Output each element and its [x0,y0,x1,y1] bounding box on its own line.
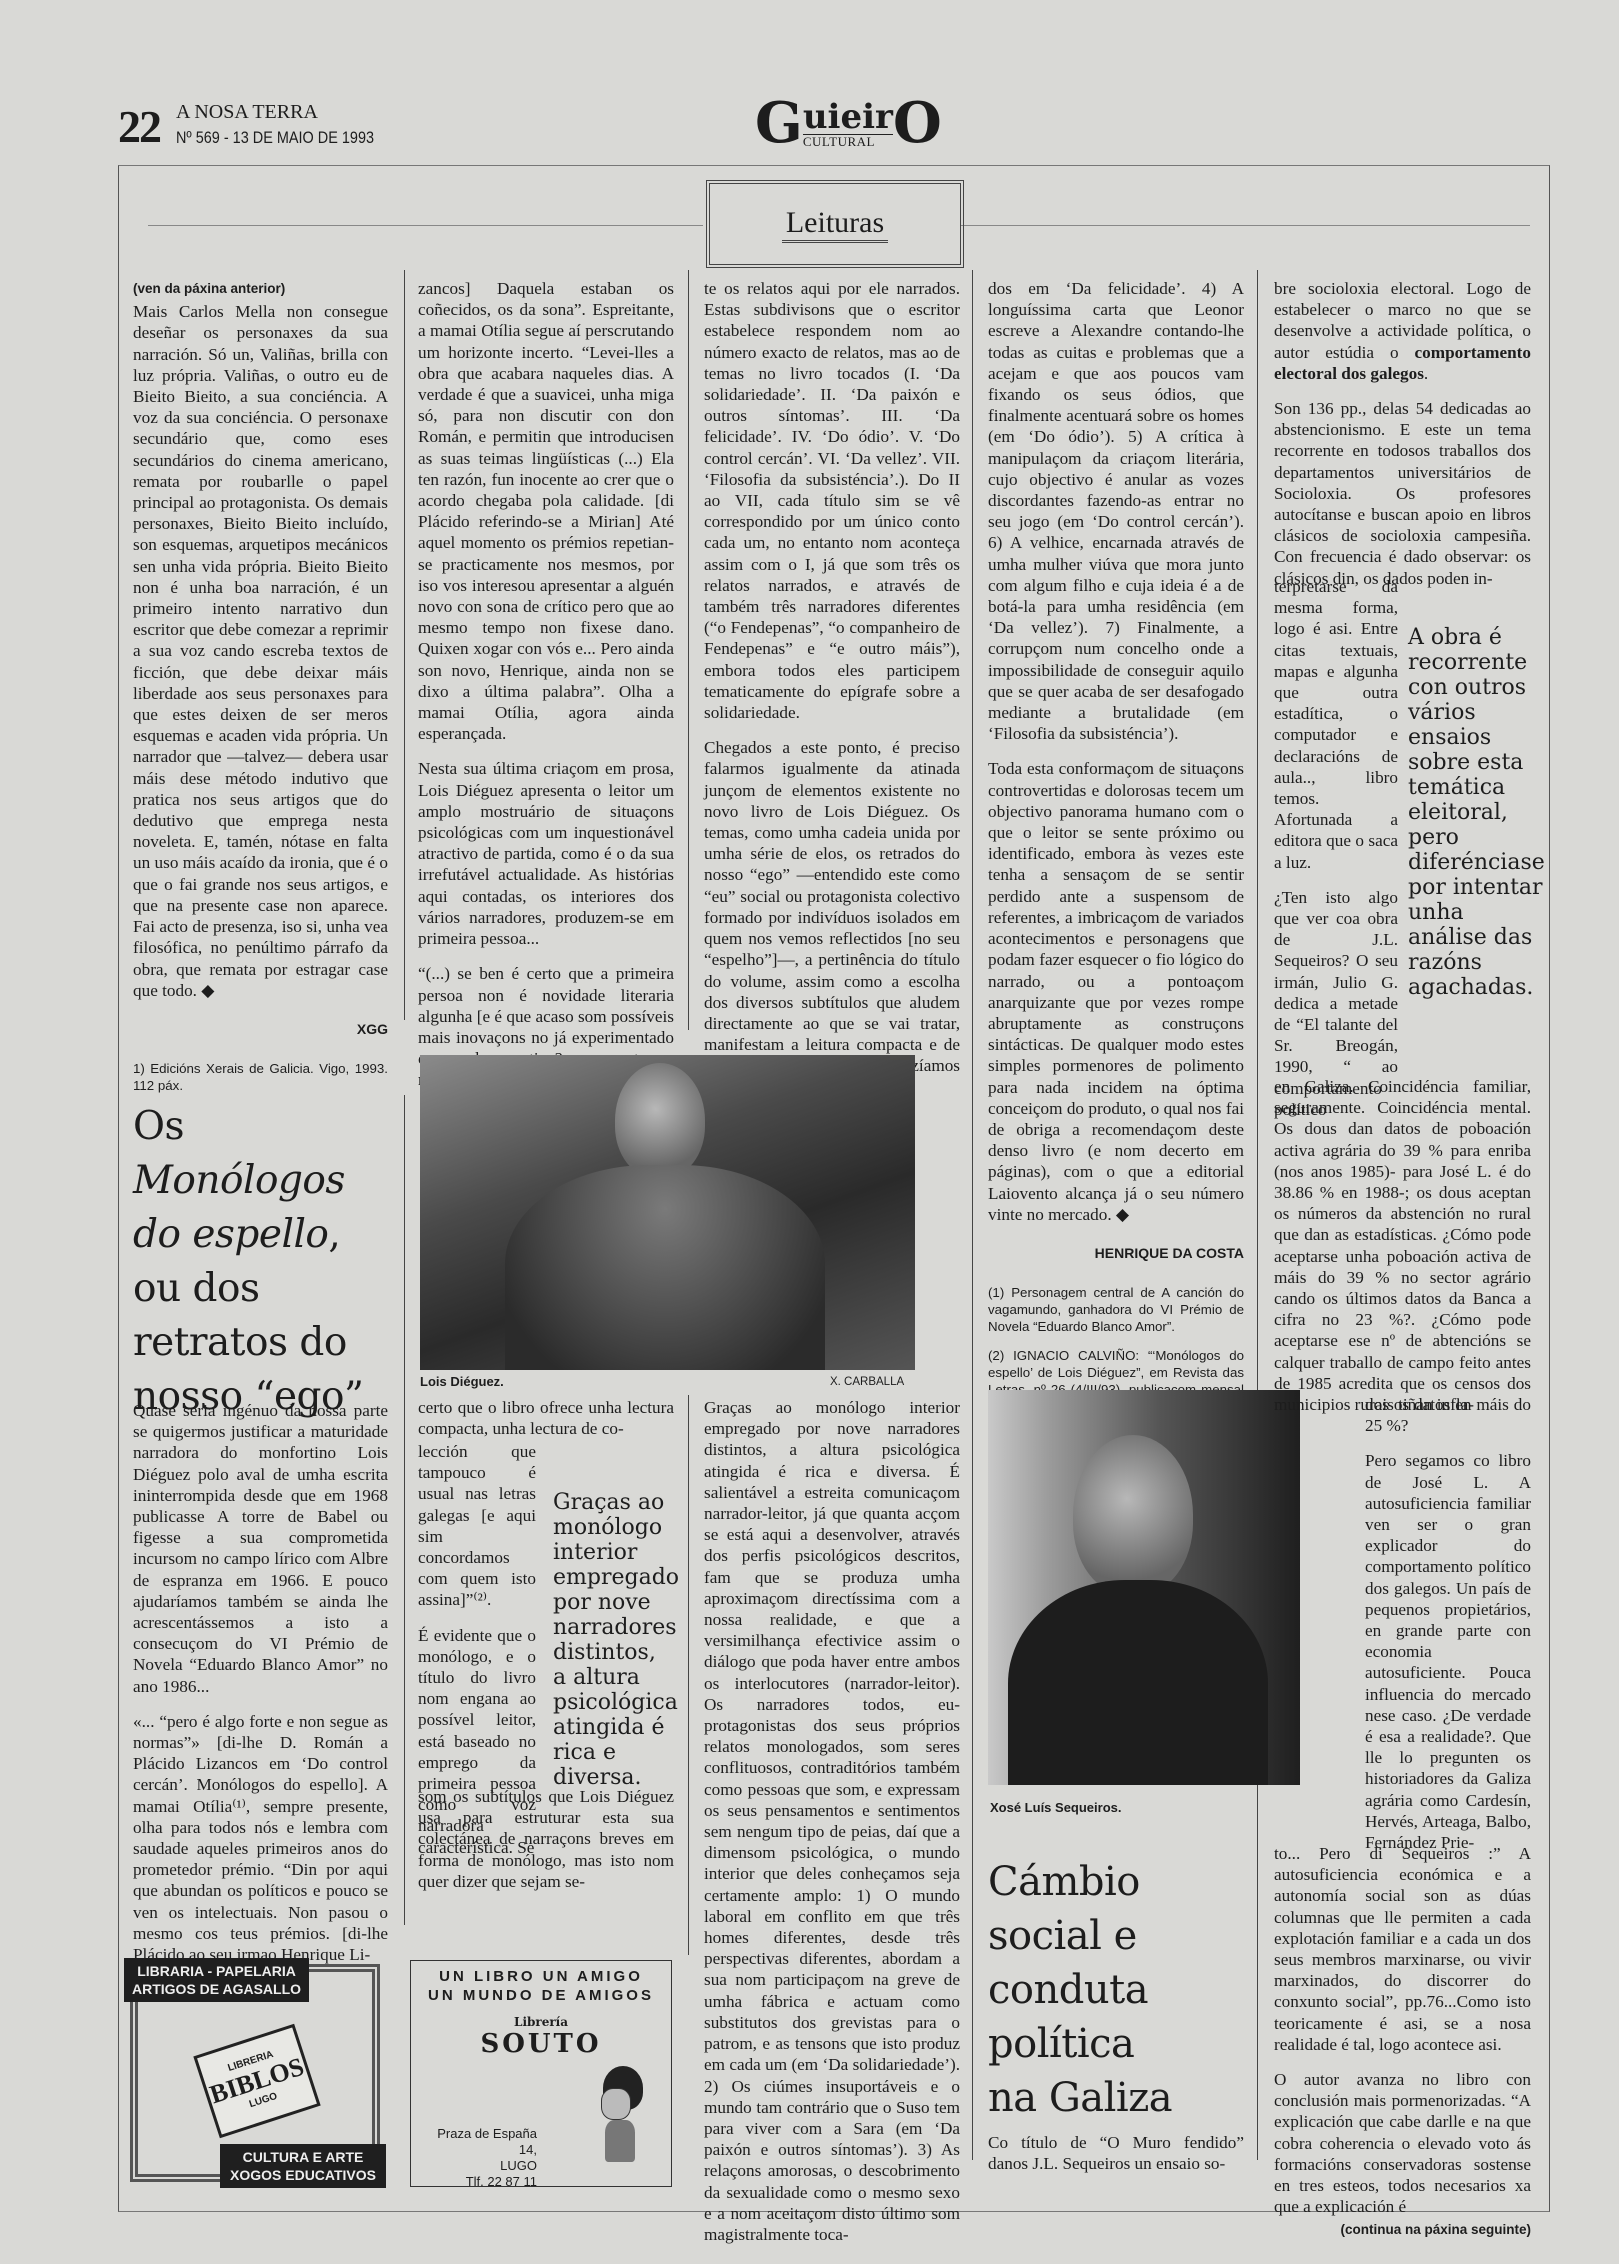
ad-slogan: UN LIBRO UN AMIGO UN MUNDO DE AMIGOS [411,1967,671,2005]
article-body-column-4: dos em ‘Da felicidade’. 4) A longuíssima… [988,278,1244,1427]
body-paragraph: terpretarse da mesma forma, logo é asi. … [1274,576,1398,873]
byline: XGG [133,1019,388,1040]
body-paragraph: Toda esta conformaçom de situaçons contr… [988,758,1244,1224]
ad-text: ARTIGOS DE AGASALLO [132,1980,301,1998]
review-paragraph: Mais Carlos Mella non consegue deseñar o… [133,301,388,1001]
headline-text: política [988,2017,1248,2071]
body-paragraph: O autor avanza no libro con conclusión m… [1274,2069,1531,2217]
body-paragraph: Nesta sua última criaçom em prosa, Lois … [418,758,674,949]
column-rule [1257,270,1258,2160]
body-paragraph: te os relatos aqui por ele narrados. Est… [704,278,960,723]
logo-letter-o: O [893,100,942,148]
body-paragraph: som os subtítulos que Lois Diéguez usa p… [418,1786,674,1892]
photo-subject-head [1073,1435,1193,1595]
ad-top-label: LIBRARIA - PAPELARIA ARTIGOS DE AGASALLO [124,1958,309,2002]
column-rule [688,1395,689,1955]
body-paragraph: «... “pero é algo forte e non segue as n… [133,1711,388,1965]
body-paragraph: Pero segamos co libro de José L. A autos… [1365,1450,1531,1853]
logo-subtitle: CULTURAL [803,134,893,148]
article2-column-beside-photo: dos os datos en máis do 25 %? Pero segam… [1365,1394,1531,1853]
article-headline: Cámbio social e conduta política na Gali… [988,1855,1248,2125]
photo-credit: X. CARBALLA [830,1376,904,1388]
headline-text: , [328,1212,340,1257]
column-rule [404,270,405,1020]
body-paragraph: Co título de “O Muro fendido” danos J.L.… [988,2132,1244,2174]
footnote: (1) Personagem central de A canción do v… [988,1284,1244,1335]
headline-text: Os [133,1104,184,1149]
section-header: Leituras [706,180,964,268]
continued-from-label: (ven da páxina anterior) [133,278,388,299]
photo-caption: Lois Diéguez. [420,1374,504,1389]
headline-text: Cámbio [988,1855,1248,1909]
article-body-column-2-tail: som os subtítulos que Lois Diéguez usa p… [418,1786,674,1906]
headline-italic: do espello [133,1212,328,1257]
article2-narrow-column: terpretarse da mesma forma, logo é asi. … [1274,576,1398,1120]
photo-xose-luis-sequeiros [988,1390,1300,1785]
photo-subject-body [505,1165,825,1370]
body-text: . [1424,364,1428,383]
caricature-icon [591,2066,653,2176]
article-body-column-3-bottom: Graças ao monólogo interior empregado po… [704,1397,960,2259]
body-paragraph: lección que tampouco é usual nas letras … [418,1441,536,1611]
body-paragraph: dos os datos en máis do 25 %? [1365,1394,1531,1436]
ad-text: CULTURA E ARTE [230,2148,376,2166]
pull-quote: A obra é recorrente con outros vários en… [1408,625,1543,1000]
headline-text: retratos do [133,1316,398,1370]
headline-text: ou dos [133,1262,398,1316]
footnote: 1) Edicións Xerais de Galicia. Vigo, 199… [133,1060,388,1094]
ad-text: XOGOS EDUCATIVOS [230,2166,376,2184]
headline-text: na Galiza [988,2071,1248,2125]
ad-text: UN MUNDO DE AMIGOS [411,1986,671,2005]
previous-review-column: (ven da páxina anterior) Mais Carlos Mel… [133,278,388,1106]
body-paragraph: en Galiza. Coincidéncia familiar, segura… [1274,1076,1531,1415]
logo-letter-g: G [755,100,803,148]
article-body-column-2-bottom: certo que o libro ofrece unha lectura co… [418,1397,674,1439]
ad-libraria-biblos: LIBRARIA - PAPELARIA ARTIGOS DE AGASALLO… [124,1958,386,2188]
article-headline: Os Monólogos do espello, ou dos retratos… [133,1100,398,1424]
body-paragraph: zancos] Daquela estaban os coñecidos, os… [418,278,674,744]
logo-word: uieir [803,100,893,134]
photo-caption: Xosé Luís Sequeiros. [990,1800,1122,1815]
issue-date: Nº 569 - 13 DE MAIO DE 1993 [176,128,374,148]
body-paragraph: dos em ‘Da felicidade’. 4) A longuíssima… [988,278,1244,744]
ad-bottom-label: CULTURA E ARTE XOGOS EDUCATIVOS [220,2144,386,2188]
body-paragraph: Quase seria ingénuo da nossa parte se qu… [133,1400,388,1697]
divider [148,225,703,226]
divider [960,225,1530,226]
publication-name: A NOSA TERRA [176,102,318,122]
ad-text: UN LIBRO UN AMIGO [411,1967,671,1986]
article2-column-wide: en Galiza. Coincidéncia familiar, segura… [1274,1076,1531,1415]
ad-text: Librería [411,2015,671,2029]
article-lede: Co título de “O Muro fendido” danos J.L.… [988,2132,1244,2188]
headline-italic: Monólogos [133,1158,345,1203]
article2-column-bottom: to... Pero di Sequeiros :” A autosuficie… [1274,1843,1531,2243]
body-paragraph: Graças ao monólogo interior empregado po… [704,1397,960,2245]
article-body-column-2: zancos] Daquela estaban os coñecidos, os… [418,278,674,1105]
photo-subject-body [1008,1580,1268,1785]
continued-label: (continua na páxina seguinte) [1274,2219,1531,2240]
ad-brand: SOUTO [411,2029,671,2059]
byline: HENRIQUE DA COSTA [988,1243,1244,1264]
body-paragraph: Chegados a este ponto, é preciso falarmo… [704,737,960,1097]
ad-text: LIBRARIA - PAPELARIA [132,1962,301,1980]
ad-address: Praza de España 14, LUGO Tlf. 22 87 11 [417,2126,537,2190]
ad-text: LUGO [417,2158,537,2174]
guieiro-cultural-logo: G uieir CULTURAL O [755,100,942,148]
column-rule [688,270,689,1030]
body-paragraph: Son 136 pp., delas 54 dedicadas ao abste… [1274,398,1531,589]
article2-column: bre socioloxia electoral. Logo de estabe… [1274,278,1531,589]
column-rule [972,270,973,2160]
headline-text: conduta [988,1963,1248,2017]
photo-subject-head [615,1063,705,1178]
ad-phone: Tlf. 22 87 11 [417,2174,537,2190]
body-paragraph: to... Pero di Sequeiros :” A autosuficie… [1274,1843,1531,2055]
page-number: 22 [118,104,160,150]
column-rule [404,1095,405,1925]
ad-text: Praza de España 14, [417,2126,537,2158]
ad-libreria-souto: UN LIBRO UN AMIGO UN MUNDO DE AMIGOS Lib… [410,1960,672,2187]
section-title: Leituras [782,206,888,243]
article-body-column-1: Quase seria ingénuo da nossa parte se qu… [133,1400,388,1979]
body-paragraph: certo que o libro ofrece unha lectura co… [418,1397,674,1439]
photo-lois-dieguez [420,1055,915,1370]
pull-quote: Graças ao monólogo interior empregado po… [553,1490,673,1790]
article-body-column-3: te os relatos aqui por ele narrados. Est… [704,278,960,1112]
headline-text: social e [988,1909,1248,1963]
